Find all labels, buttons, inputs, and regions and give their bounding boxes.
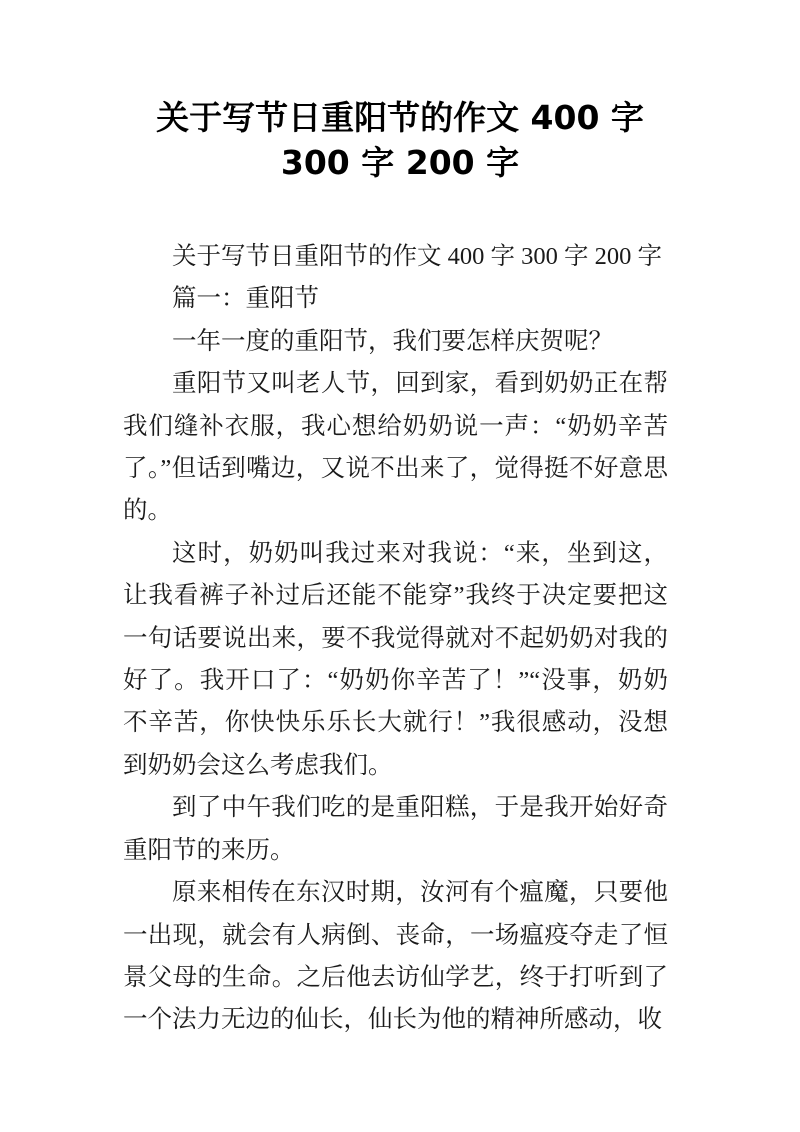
paragraph-chongyang-cake: 到了中午我们吃的是重阳糕，于是我开始好奇重阳节的来历。 (123, 787, 668, 872)
paragraph-title-repeat: 关于写节日重阳节的作文 400 字 300 字 200 字 (123, 236, 668, 278)
paragraph-intro: 一年一度的重阳节，我们要怎样庆贺呢？ (123, 321, 668, 363)
document-title: 关于写节日重阳节的作文 400 字 300 字 200 字 (120, 95, 680, 185)
document-page: 关于写节日重阳节的作文 400 字 300 字 200 字 关于写节日重阳节的作… (0, 0, 800, 1132)
paragraph-grandma-sewing: 重阳节又叫老人节，回到家，看到奶奶正在帮我们缝补衣服，我心想给奶奶说一声：“奶奶… (123, 363, 668, 533)
paragraph-section-heading: 篇一：重阳节 (123, 278, 668, 320)
document-body: 关于写节日重阳节的作文 400 字 300 字 200 字 篇一：重阳节 一年一… (123, 236, 668, 1042)
paragraph-grandma-dialog: 这时，奶奶叫我过来对我说：“来，坐到这，让我看裤子补过后还能不能穿”我终于决定要… (123, 533, 668, 787)
paragraph-legend-origin: 原来相传在东汉时期，汝河有个瘟魔，只要他一出现，就会有人病倒、丧命，一场瘟疫夺走… (123, 872, 668, 1042)
